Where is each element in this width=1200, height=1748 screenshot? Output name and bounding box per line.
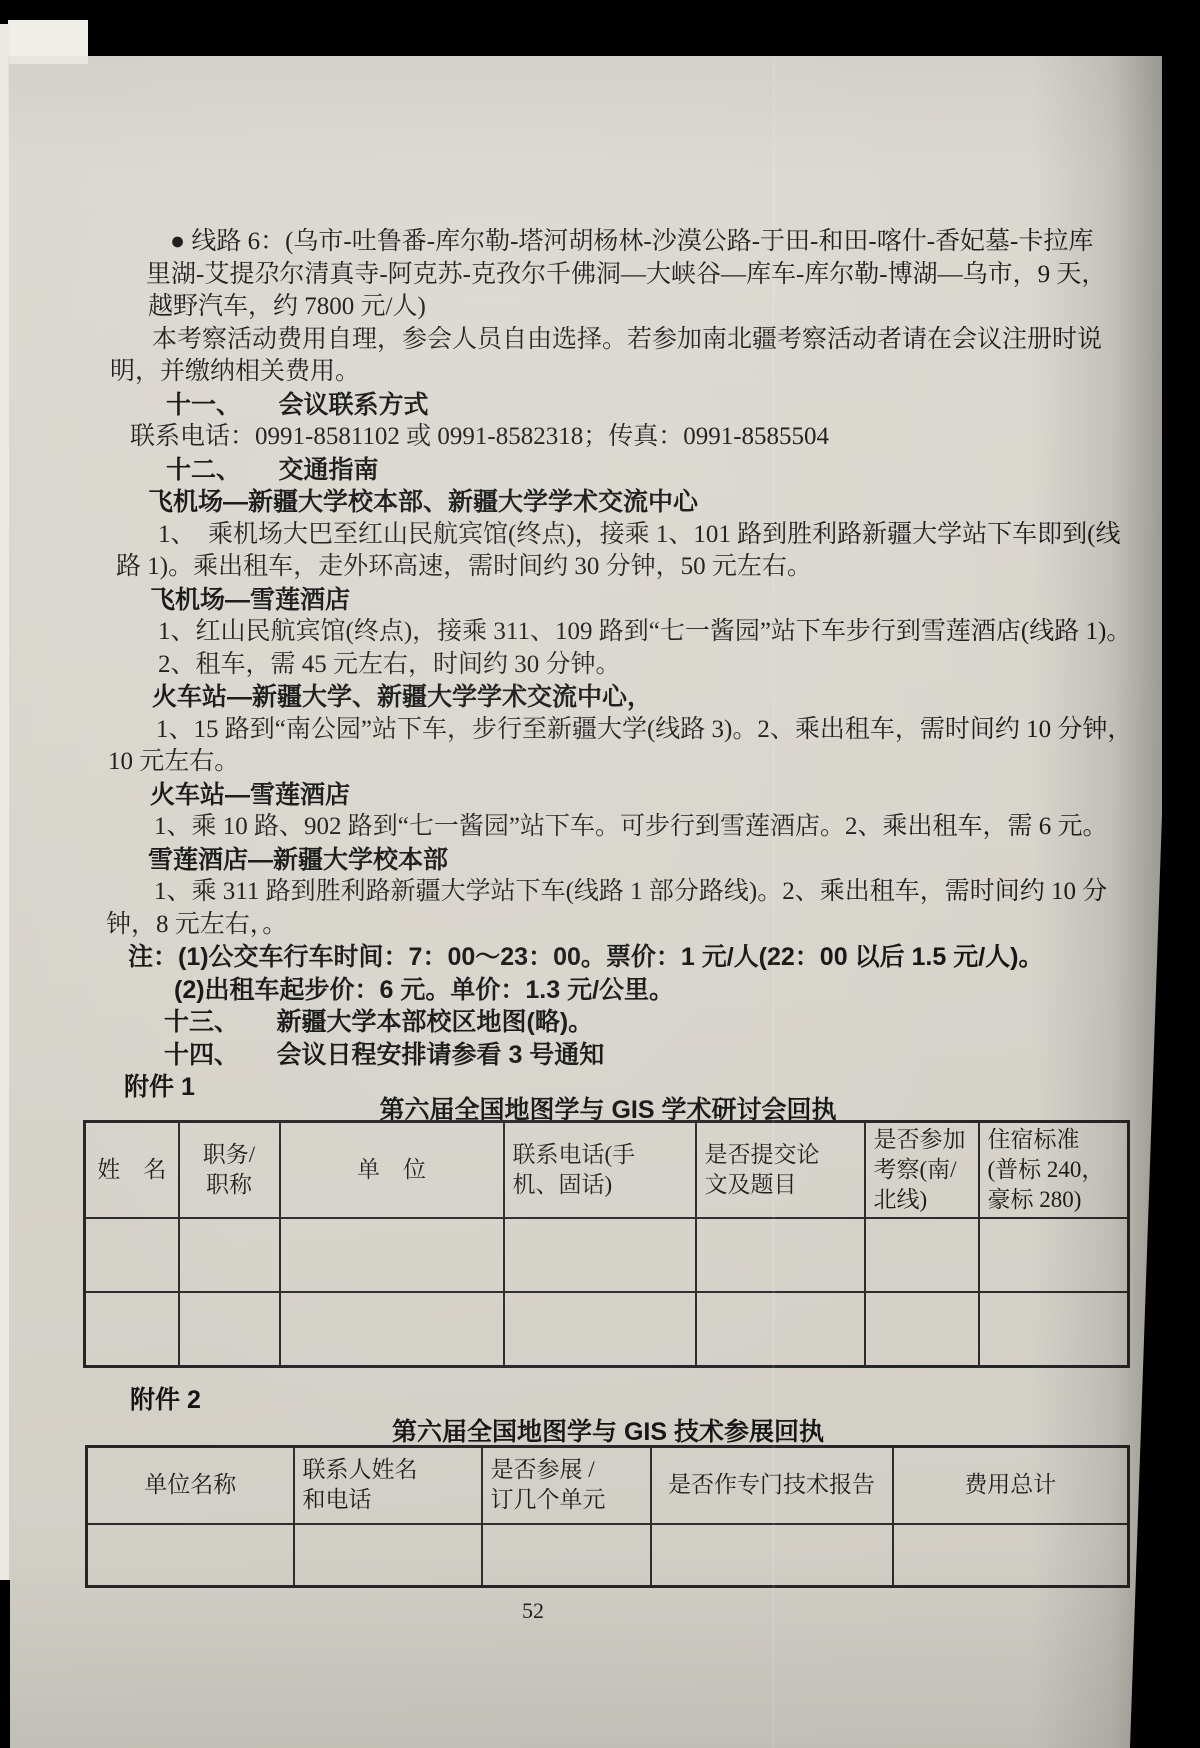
airport-to-xuelian-step2: 2、租车，需 45 元左右，时间约 30 分钟。: [158, 649, 621, 681]
attachment1-header-cell: 住宿标准 (普标 240， 豪标 280): [979, 1122, 1129, 1219]
attachment2-header-cell: 单位名称: [87, 1447, 294, 1524]
attachment1-header-cell: 联系电话(手 机、固话): [504, 1122, 696, 1219]
attachment1-empty-cell: [280, 1218, 504, 1292]
page-corner-tab: [8, 20, 88, 64]
attachment1-empty-cell: [865, 1292, 979, 1366]
attachment2-table: 单位名称 联系人姓名 和电话 是否参展 / 订几个单元 是否作专门技术报告 费用…: [85, 1445, 1130, 1588]
attachment1-header-cell: 单 位: [280, 1122, 504, 1219]
attachment1-header-cell: 职务/ 职称: [179, 1122, 280, 1219]
bus-fare-note: 注：(1)公交车行车时间：7：00～23：00。票价：1 元/人(22：00 以…: [128, 941, 1043, 973]
section-12-heading: 十二、 交通指南: [166, 454, 379, 486]
taxi-fare-note: (2)出租车起步价：6 元。单价：1.3 元/公里。: [174, 974, 674, 1006]
bottom-left-shadow: [0, 1580, 10, 1748]
railway-to-xju-heading: 火车站—新疆大学、新疆大学学术交流中心，: [152, 681, 652, 713]
attachment1-empty-cell: [696, 1218, 865, 1292]
section-14-heading: 十四、 会议日程安排请参看 3 号通知: [164, 1039, 604, 1071]
fee-note-line2: 明，并缴纳相关费用。: [110, 356, 360, 388]
attachment1-empty-cell: [179, 1218, 280, 1292]
attachment1-empty-cell: [696, 1292, 865, 1366]
attachment1-empty-row: [85, 1292, 1129, 1366]
attachment1-header-cell: 是否参加 考察(南/ 北线): [865, 1122, 979, 1219]
page-number: 52: [522, 1598, 544, 1624]
route6-line3: 越野汽车，约 7800 元/人): [148, 291, 426, 323]
attachment1-empty-cell: [979, 1218, 1129, 1292]
airport-to-xju-step-a: 1、 乘机场大巴至红山民航宾馆(终点)，接乘 1、101 路到胜利路新疆大学站下…: [158, 519, 1120, 551]
railway-to-xuelian-heading: 火车站—雪莲酒店: [150, 779, 350, 811]
attachment1-empty-cell: [179, 1292, 280, 1366]
attachment1-header-cell: 是否提交论 文及题目: [696, 1122, 865, 1219]
fee-note-line1: 本考察活动费用自理，参会人员自由选择。若参加南北疆考察活动者请在会议注册时说: [152, 324, 1102, 356]
attachment2-header-cell: 费用总计: [893, 1447, 1129, 1524]
attachment2-label: 附件 2: [130, 1384, 201, 1416]
attachment2-empty-cell: [651, 1524, 893, 1587]
photo-background: { "lines": [ "● 线路 6：(乌市-吐鲁番-库尔勒-塔河胡杨林-沙…: [0, 0, 1200, 1748]
attachment2-header-cell: 是否作专门技术报告: [651, 1447, 893, 1524]
attachment1-label: 附件 1: [124, 1071, 195, 1103]
railway-to-xju-steps-b: 10 元左右。: [108, 746, 239, 778]
airport-to-xju-heading: 飞机场—新疆大学校本部、新疆大学学术交流中心: [148, 486, 698, 518]
xuelian-to-xju-steps-a: 1、乘 311 路到胜利路新疆大学站下车(线路 1 部分路线)。2、乘出租车，需…: [154, 876, 1107, 908]
xuelian-to-xju-heading: 雪莲酒店—新疆大学校本部: [148, 844, 448, 876]
attachment2-header-cell: 联系人姓名 和电话: [294, 1447, 482, 1524]
attachment2-table-title: 第六届全国地图学与 GIS 技术参展回执: [392, 1412, 824, 1448]
contact-phones: 联系电话：0991-8581102 或 0991-8582318；传真：0991…: [130, 421, 829, 453]
airport-to-xuelian-step1: 1、红山民航宾馆(终点)，接乘 311、109 路到“七一酱园”站下车步行到雪莲…: [158, 616, 1131, 648]
attachment2-header-row: 单位名称 联系人姓名 和电话 是否参展 / 订几个单元 是否作专门技术报告 费用…: [87, 1447, 1129, 1524]
attachment2-empty-cell: [893, 1524, 1129, 1587]
attachment2-empty-cell: [294, 1524, 482, 1587]
attachment1-empty-cell: [979, 1292, 1129, 1366]
attachment1-table: 姓 名 职务/ 职称 单 位 联系电话(手 机、固话) 是否提交论 文及题目 是…: [83, 1120, 1130, 1368]
attachment2-empty-cell: [482, 1524, 651, 1587]
attachment2-header-cell: 是否参展 / 订几个单元: [482, 1447, 651, 1524]
attachment1-header-row: 姓 名 职务/ 职称 单 位 联系电话(手 机、固话) 是否提交论 文及题目 是…: [85, 1122, 1129, 1219]
section-13-heading: 十三、 新疆大学本部校区地图(略)。: [164, 1006, 593, 1038]
railway-to-xuelian-steps: 1、乘 10 路、902 路到“七一酱园”站下车。可步行到雪莲酒店。2、乘出租车…: [154, 811, 1107, 843]
attachment1-empty-cell: [280, 1292, 504, 1366]
attachment1-empty-cell: [504, 1218, 696, 1292]
airport-to-xju-step-b: 路 1)。乘出租车，走外环高速，需时间约 30 分钟，50 元左右。: [116, 551, 812, 583]
attachment1-empty-row: [85, 1218, 1129, 1292]
section-11-heading: 十一、 会议联系方式: [166, 389, 429, 421]
attachment1-empty-cell: [85, 1292, 179, 1366]
attachment1-empty-cell: [85, 1218, 179, 1292]
attachment1-header-cell: 姓 名: [85, 1122, 179, 1219]
attachment1-empty-cell: [504, 1292, 696, 1366]
airport-to-xuelian-heading: 飞机场—雪莲酒店: [150, 584, 350, 616]
route6-line1: ● 线路 6：(乌市-吐鲁番-库尔勒-塔河胡杨林-沙漠公路-于田-和田-喀什-香…: [170, 226, 1093, 258]
xuelian-to-xju-steps-b: 钟，8 元左右，。: [106, 909, 287, 941]
route6-line2: 里湖-艾提尕尔清真寺-阿克苏-克孜尔千佛洞—大峡谷—库车-库尔勒-博湖—乌市，9…: [146, 259, 1106, 291]
attachment2-empty-row: [87, 1524, 1129, 1587]
attachment1-empty-cell: [865, 1218, 979, 1292]
left-page-edge: [0, 24, 9, 1580]
attachment2-empty-cell: [87, 1524, 294, 1587]
railway-to-xju-steps-a: 1、15 路到“南公园”站下车，步行至新疆大学(线路 3)。2、乘出租车，需时间…: [156, 714, 1132, 746]
scanned-page-photo: ● 线路 6：(乌市-吐鲁番-库尔勒-塔河胡杨林-沙漠公路-于田-和田-喀什-香…: [0, 0, 1200, 1748]
